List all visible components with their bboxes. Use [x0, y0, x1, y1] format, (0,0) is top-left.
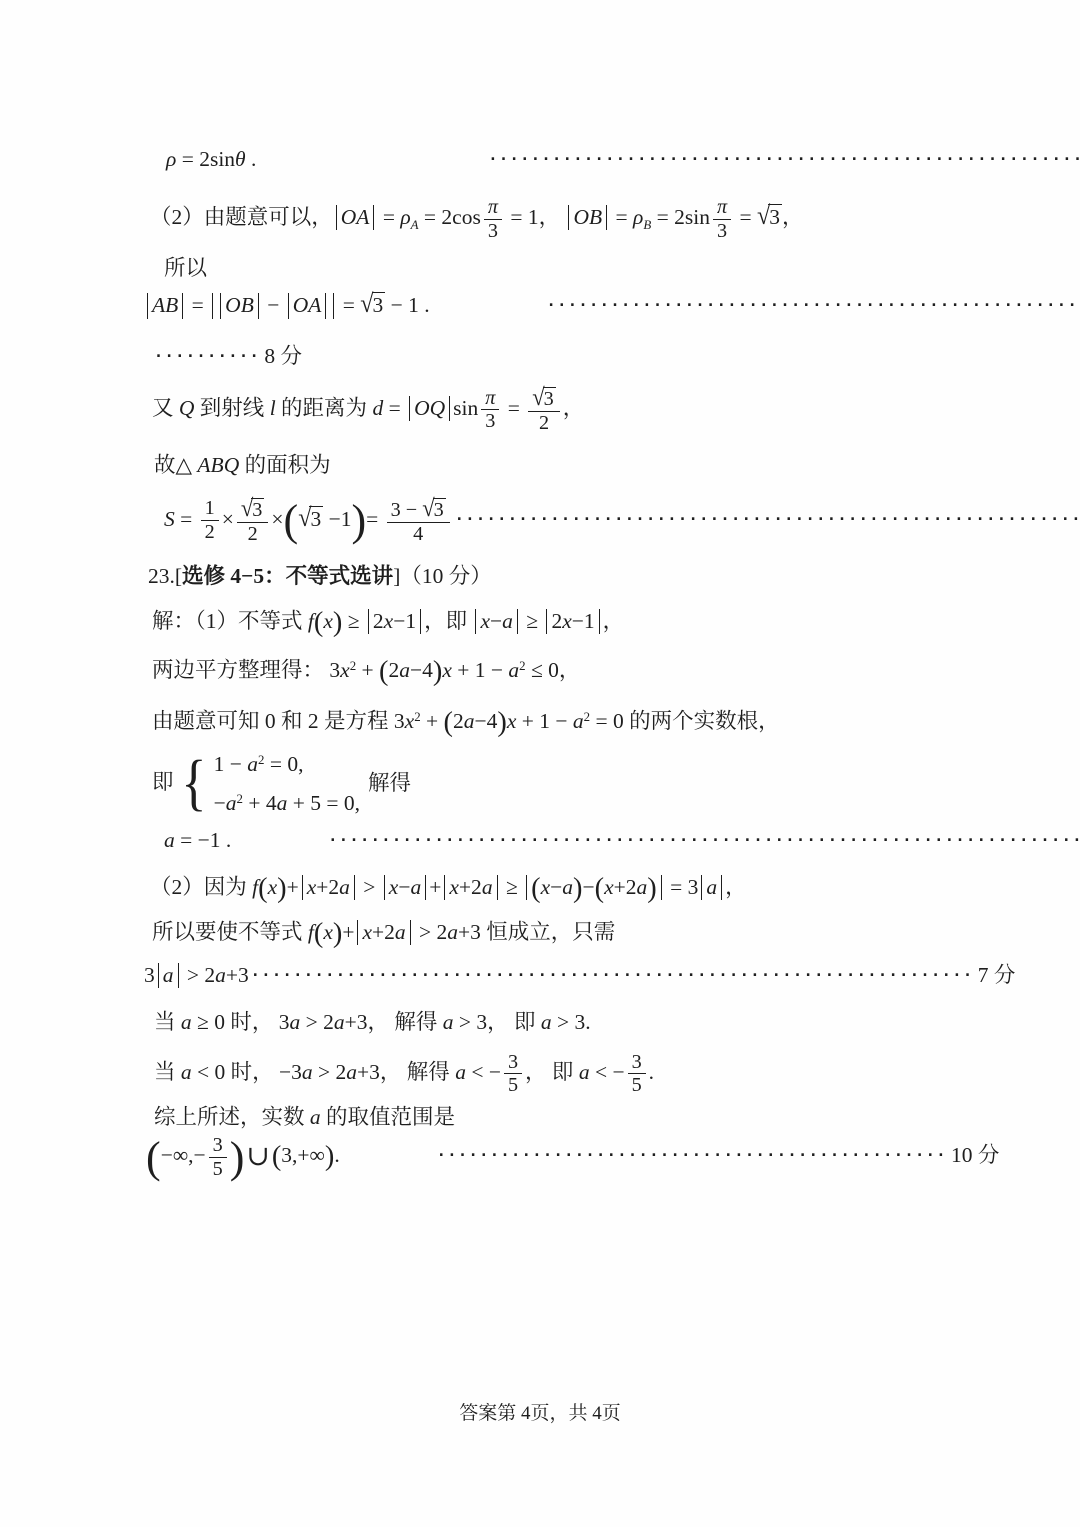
q23-key-inequality-score-7: 3a > 2a+3·······························…: [144, 961, 1040, 990]
math-text: 3: [434, 499, 444, 521]
math-text: −: [582, 875, 594, 899]
open-paren: (: [146, 1141, 161, 1174]
case-a-lt-zero: 当 a < 0 时， −3a > 2a+3， 解得 a < −35， 即 a <…: [154, 1051, 1040, 1097]
numerator: √3: [528, 385, 560, 411]
math-var: x: [507, 709, 517, 733]
square-root: √3: [757, 201, 782, 234]
area-formula-score-10: S = 12×√32×(√3 −1)= 3 − √34·············…: [164, 496, 1040, 546]
math-var: x: [480, 609, 490, 633]
q23-part1-inequality: 解：（1）不等式 f(x) ≥ 2x−1，即 x−a ≥ 2x−1，: [152, 607, 1040, 636]
math-var: a: [399, 658, 410, 682]
math-text: 3: [717, 220, 727, 242]
dotted-leader: ··········: [154, 346, 260, 366]
math-text: 即: [152, 770, 179, 794]
math-text: + 1 −: [516, 709, 573, 733]
base-var: a: [573, 709, 584, 733]
math-text: = 2sin: [651, 205, 710, 229]
math-var: AB: [152, 293, 178, 317]
math-text: − 1 .: [385, 293, 429, 317]
math-text: 4: [413, 523, 423, 545]
absolute-value: OB: [220, 293, 259, 318]
math-text: 的面积为: [239, 453, 330, 477]
math-text: < −: [466, 1060, 501, 1084]
score-8-line: ··········8 分: [152, 342, 1040, 371]
math-text: >: [358, 875, 381, 899]
paren-content: x: [268, 875, 278, 899]
math-text: = 2cos: [419, 205, 481, 229]
square-root: √3: [241, 496, 265, 522]
radical-sign: √: [241, 494, 253, 521]
math-text: > 2: [414, 920, 448, 944]
math-text: −4: [474, 709, 497, 733]
close-paren: ): [325, 1146, 334, 1167]
math-var: S: [164, 507, 175, 531]
math-text: 由题意可知 0 和 2 是方程 3: [152, 709, 405, 733]
math-text: +: [342, 920, 354, 944]
dotted-leader: ········································…: [455, 509, 1080, 529]
math-text: −1: [393, 609, 416, 633]
open-paren: (: [314, 923, 323, 944]
base-var: x: [340, 658, 350, 682]
numerator: 1: [201, 497, 219, 520]
math-var: a: [706, 875, 717, 899]
math-text: =: [337, 293, 360, 317]
denominator: 5: [504, 1073, 522, 1097]
math-text: 23.[: [148, 564, 182, 588]
absolute-value: OQ: [409, 396, 450, 421]
close-paren: ): [647, 878, 656, 899]
math-text: ]（10 分）: [393, 564, 492, 588]
math-var: OQ: [414, 396, 445, 420]
math-text: 3: [252, 499, 262, 521]
math-text: +3 恒成立，只需: [458, 920, 615, 944]
math-text: = 1，: [505, 205, 566, 229]
absolute-value: x−a: [384, 875, 426, 900]
base-var: a: [508, 658, 519, 682]
base-var: a: [226, 791, 237, 815]
math-text: 2: [248, 523, 258, 545]
math-var: a: [562, 875, 573, 899]
math-text: 1 −: [214, 752, 248, 776]
numerator: 3: [628, 1051, 646, 1074]
math-var: a: [464, 709, 475, 733]
absolute-value: OA: [336, 205, 375, 230]
parenthesized-group: (x): [258, 873, 286, 902]
math-text: > 3， 即: [453, 1010, 540, 1034]
dotted-leader: ········································…: [328, 830, 1080, 850]
math-var: a: [447, 920, 458, 944]
math-var: a: [395, 920, 406, 944]
math-text: 2: [539, 412, 549, 434]
math-var: OA: [293, 293, 322, 317]
paren-content: √3 −1: [298, 507, 351, 531]
paren-content: −∞,−35: [161, 1143, 230, 1167]
math-text: +3: [226, 963, 249, 987]
math-var: x: [268, 875, 278, 899]
system-row: −a2 + 4a + 5 = 0,: [214, 789, 360, 818]
math-text: 2: [388, 658, 399, 682]
math-text: 3: [544, 388, 554, 410]
math-text: =: [377, 205, 400, 229]
q23-a-result-score-5: a = −1 .································…: [164, 826, 1040, 855]
math-text: ，: [725, 875, 747, 899]
absolute-value: (x−a)−(x+2a): [526, 875, 662, 900]
q23-heading: 23.[选修 4−5：不等式选讲]（10 分）: [148, 562, 1040, 591]
superscripted-var: a2: [573, 707, 590, 736]
superscripted-var: a2: [226, 789, 243, 818]
distance-q-to-line: 又 Q 到射线 l 的距离为 d = OQsinπ3 = √32，: [152, 385, 1040, 435]
math-text: +: [356, 658, 379, 682]
math-var: x: [323, 920, 333, 944]
numerator: 3: [504, 1051, 522, 1074]
math-text: .: [334, 1143, 339, 1167]
math-var: a: [637, 875, 648, 899]
math-var: ABQ: [197, 453, 239, 477]
math-text: −: [262, 293, 285, 317]
math-text: 3: [508, 1051, 518, 1073]
polar-equation-score-5: ρ = 2sinθ .·····························…: [166, 145, 1040, 174]
radicand: 3: [372, 292, 386, 318]
parenthesized-group: (−∞,−35): [146, 1134, 244, 1180]
math-text: > 2: [300, 1010, 334, 1034]
math-var: x: [323, 609, 333, 633]
conclusion-intro: 综上所述，实数 a 的取值范围是: [154, 1103, 1040, 1132]
open-paren: (: [531, 878, 540, 899]
math-var: a: [163, 963, 174, 987]
spacer: [256, 165, 486, 166]
denominator: 3: [713, 219, 731, 243]
bold-text: 选修 4−5：不等式选讲: [182, 564, 393, 588]
spacer: [231, 846, 326, 847]
fraction: 35: [504, 1051, 522, 1097]
math-var: a: [277, 791, 288, 815]
spacer: [430, 311, 545, 312]
math-text: ，即: [424, 609, 472, 633]
math-text: ， 即: [525, 1060, 579, 1084]
math-text: 所以要使不等式: [152, 920, 308, 944]
math-text: +: [429, 875, 441, 899]
math-text: 综上所述，实数: [154, 1105, 310, 1129]
math-text: = 0,: [265, 752, 304, 776]
math-text: = −1 .: [175, 828, 232, 852]
math-text: （2）由题意可以，: [150, 205, 333, 229]
final-answer-score-10: (−∞,−35)∪(3,+∞).························…: [146, 1134, 1040, 1180]
dotted-leader: ········································…: [547, 295, 1080, 315]
math-var: x: [362, 920, 372, 944]
q23-part2-condition: 所以要使不等式 f(x)+x+2a > 2a+3 恒成立，只需: [152, 918, 1040, 947]
paren-content: x: [323, 920, 333, 944]
math-var: Q: [179, 396, 195, 420]
math-text: 10 分: [951, 1143, 999, 1167]
close-paren: ): [230, 1141, 245, 1174]
math-text: 2: [453, 709, 464, 733]
math-text: +: [421, 709, 444, 733]
fraction: 35: [628, 1051, 646, 1097]
math-text: 又: [152, 396, 179, 420]
radical-sign: √: [422, 494, 434, 521]
math-var: a: [215, 963, 226, 987]
math-var: a: [181, 1060, 192, 1084]
denominator: 5: [628, 1073, 646, 1097]
dotted-leader: ········································…: [251, 965, 974, 985]
close-paren: ): [433, 661, 442, 682]
paren-content: 2a−4: [388, 658, 432, 682]
math-var: a: [334, 1010, 345, 1034]
math-var: a: [289, 1010, 300, 1034]
close-paren: ): [333, 612, 342, 633]
denominator: 2: [201, 520, 219, 544]
absolute-value: x+2a: [302, 875, 355, 900]
math-text: ，: [782, 205, 804, 229]
math-text: 5: [213, 1158, 223, 1180]
paren-content: 3,+∞: [281, 1143, 325, 1167]
math-text: −: [550, 875, 562, 899]
math-text: +2: [459, 875, 482, 899]
numerator: √3: [237, 496, 269, 522]
math-text: −: [398, 875, 410, 899]
math-text: = 3: [665, 875, 699, 899]
paren-content: x: [323, 609, 333, 633]
math-text: 3: [488, 220, 498, 242]
math-text: > 2: [313, 1060, 347, 1084]
radicand: 3: [768, 204, 782, 230]
absolute-value: a: [701, 875, 722, 900]
math-var: π: [485, 387, 495, 409]
math-var: a: [541, 1010, 552, 1034]
math-text: +3， 解得: [357, 1060, 455, 1084]
parenthesized-group: (x−a): [531, 875, 582, 900]
math-text: ，: [603, 609, 625, 633]
denominator: 4: [387, 522, 450, 546]
math-text: 的取值范围是: [321, 1105, 455, 1129]
square-root: √3: [532, 385, 556, 411]
absolute-value: x+2a: [357, 920, 410, 945]
math-var: x: [442, 658, 452, 682]
math-var: x: [562, 609, 572, 633]
math-var: ρ: [166, 147, 176, 171]
denominator: 3: [481, 409, 499, 433]
math-text: 到射线: [194, 396, 269, 420]
math-text: 3,+∞: [281, 1143, 325, 1167]
math-text: +: [287, 875, 299, 899]
math-text: =: [734, 205, 757, 229]
paren-content: 2a−4: [453, 709, 497, 733]
absolute-value: 2x−1: [368, 609, 421, 634]
base-var: ρ: [400, 205, 410, 229]
math-var: a: [455, 1060, 466, 1084]
math-text: 的距离为: [276, 396, 373, 420]
math-text: +2: [372, 920, 395, 944]
parenthesized-group: (3,+∞): [272, 1141, 334, 1170]
math-text: 5: [508, 1074, 518, 1096]
equation-system: {1 − a2 = 0,−a2 + 4a + 5 = 0,解得: [179, 750, 411, 818]
math-text: + 4: [243, 791, 277, 815]
open-paren: (: [284, 504, 299, 537]
fraction: 3 − √34: [387, 496, 450, 546]
math-text: −: [214, 791, 226, 815]
math-text: + 5 = 0,: [287, 791, 360, 815]
parenthesized-group: (√3 −1): [284, 503, 367, 538]
superscripted-var: x2: [340, 656, 356, 685]
math-text: = 2sin: [176, 147, 235, 171]
suoyi-connector: 所以: [164, 254, 1040, 283]
math-text: 解：（1）不等式: [152, 609, 308, 633]
math-text: +2: [614, 875, 637, 899]
math-text: ≥: [501, 875, 524, 899]
fraction: 12: [201, 497, 219, 543]
math-var: x: [389, 875, 399, 899]
solution-content: ρ = 2sinθ .·····························…: [150, 145, 1040, 1180]
absolute-value: a: [158, 963, 179, 988]
math-var: x: [384, 609, 394, 633]
math-text: （2）因为: [150, 875, 252, 899]
math-text: ≥: [521, 609, 544, 633]
math-var: x: [307, 875, 317, 899]
math-var: a: [410, 875, 421, 899]
math-text: 8 分: [264, 344, 302, 368]
absolute-value: 2x−1: [546, 609, 599, 634]
math-text: .: [649, 1060, 654, 1084]
fraction: √32: [528, 385, 560, 435]
absolute-value: AB: [147, 293, 183, 318]
math-text: +2: [316, 875, 339, 899]
math-text: 两边平方整理得： 3: [152, 658, 340, 682]
open-paren: (: [272, 1146, 281, 1167]
math-text: 3: [485, 410, 495, 432]
math-text: .: [246, 147, 257, 171]
math-text: 1: [205, 497, 215, 519]
numerator: π: [484, 196, 502, 219]
page-footer: 答案第 4页，共 4页: [0, 1398, 1080, 1425]
system-row: 1 − a2 = 0,: [214, 750, 360, 779]
math-var: θ: [235, 147, 246, 171]
math-text: −: [490, 609, 502, 633]
math-text: + 1 −: [452, 658, 509, 682]
math-var: π: [488, 196, 498, 218]
open-paren: (: [314, 612, 323, 633]
math-text: 3: [310, 507, 321, 531]
open-paren: (: [595, 878, 604, 899]
absolute-value: OB − OA: [212, 293, 334, 318]
math-text: 2: [373, 609, 384, 633]
square-root: √3: [360, 289, 385, 322]
math-text: ×: [271, 507, 283, 531]
parenthesized-group: (2a−4): [444, 707, 507, 736]
absolute-value: OB: [568, 205, 607, 230]
math-var: x: [449, 875, 459, 899]
radical-sign: √: [360, 287, 373, 322]
math-var: a: [579, 1060, 590, 1084]
denominator: 2: [528, 411, 560, 435]
math-text: ≥ 0 时， 3: [192, 1010, 290, 1034]
absolute-value: x+2a: [444, 875, 497, 900]
math-text: =: [186, 293, 209, 317]
math-var: a: [339, 875, 350, 899]
math-var: OB: [225, 293, 254, 317]
math-text: =: [175, 507, 198, 531]
math-text: 所以: [164, 256, 207, 280]
paren-content: x−a: [541, 875, 573, 899]
radical-sign: √: [532, 383, 544, 410]
close-paren: ): [351, 504, 366, 537]
fraction: 35: [209, 1134, 227, 1180]
system-followup: 解得: [368, 769, 411, 798]
math-text: 3: [632, 1051, 642, 1073]
math-text: −4: [410, 658, 433, 682]
math-text: 7 分: [978, 963, 1016, 987]
math-text: < −: [590, 1060, 625, 1084]
math-text: +3， 解得: [345, 1010, 443, 1034]
math-text: 当: [154, 1060, 181, 1084]
ab-length-result: AB = OB − OA = √3 − 1 .·················…: [144, 289, 1040, 322]
open-paren: (: [258, 878, 267, 899]
math-var: a: [302, 1060, 313, 1084]
math-text: 3: [769, 205, 780, 229]
parenthesized-group: (2a−4): [379, 656, 442, 685]
math-text: 2: [205, 521, 215, 543]
superscripted-var: a2: [247, 750, 264, 779]
math-text: 当: [154, 1010, 181, 1034]
math-text: 3: [373, 293, 384, 317]
base-var: ρ: [633, 205, 643, 229]
union-operator: ∪: [246, 1141, 269, 1172]
math-text: > 2: [182, 963, 216, 987]
math-text: −∞,−: [161, 1143, 206, 1167]
fraction: √32: [237, 496, 269, 546]
radical-sign: √: [298, 501, 311, 536]
math-text: ≥: [342, 609, 365, 633]
q23-roots-statement: 由题意可知 0 和 2 是方程 3x2 + (2a−4)x + 1 − a2 =…: [152, 707, 1040, 736]
math-text: 5: [632, 1074, 642, 1096]
q23-equation-system: 即 {1 − a2 = 0,−a2 + 4a + 5 = 0,解得: [152, 750, 1040, 818]
math-text: =: [366, 507, 384, 531]
math-text: =: [383, 396, 406, 420]
spacer: [340, 1161, 435, 1162]
subscript: A: [411, 218, 419, 232]
math-text: 故△: [154, 453, 197, 477]
math-var: x: [541, 875, 551, 899]
math-text: 3: [213, 1134, 223, 1156]
close-paren: ): [333, 923, 342, 944]
base-var: x: [405, 709, 415, 733]
close-paren: ): [277, 878, 286, 899]
math-var: a: [164, 828, 175, 852]
oa-ob-derivation: （2）由题意可以，OA = ρA = 2cosπ3 = 1， OB = ρB =…: [150, 196, 1040, 242]
math-text: =: [610, 205, 633, 229]
numerator: π: [481, 387, 499, 410]
math-var: a: [502, 609, 513, 633]
math-text: 3 −: [391, 499, 423, 521]
open-paren: (: [444, 712, 453, 733]
absolute-value: x−a: [475, 609, 517, 634]
math-text: ，: [563, 396, 585, 420]
math-text: = 0 的两个实数根，: [590, 709, 780, 733]
square-root: √3: [298, 503, 323, 536]
fraction: π3: [484, 196, 502, 242]
math-text: > 3.: [552, 1010, 591, 1034]
math-text: ≤ 0，: [526, 658, 581, 682]
math-var: OB: [573, 205, 602, 229]
denominator: 2: [237, 522, 269, 546]
parenthesized-group: (x+2a): [595, 875, 657, 900]
numerator: π: [713, 196, 731, 219]
math-var: OA: [341, 205, 370, 229]
q23-squared-form: 两边平方整理得： 3x2 + (2a−4)x + 1 − a2 ≤ 0，: [152, 656, 1040, 685]
math-var: x: [604, 875, 614, 899]
base-var: a: [247, 752, 258, 776]
dotted-leader: ········································…: [437, 1145, 947, 1165]
paren-content: x+2a: [604, 875, 647, 899]
